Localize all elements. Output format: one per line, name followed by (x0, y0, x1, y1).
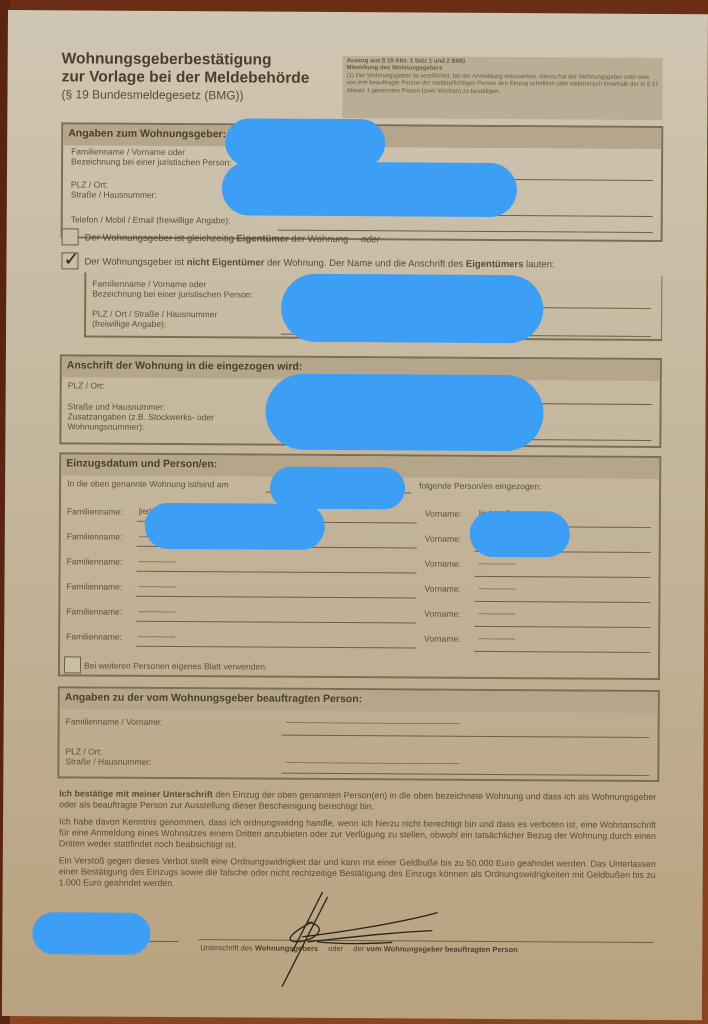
firstname-label: Vorname: (424, 609, 460, 619)
form-title: Wohnungsgeberbestätigung zur Vorlage bei… (62, 50, 310, 88)
checkbox-not-owner[interactable]: ✓ (61, 252, 78, 269)
owner-name-label: Familienname / Vorname oderBezeichnung b… (92, 279, 253, 300)
firstname-field[interactable] (474, 626, 650, 628)
law-excerpt-box: Auszug aus § 19 Abs. 1 Satz 1 und 2 BMG … (342, 56, 662, 120)
movein-sentence-pre: In die oben genannte Wohnung ist/sind am (67, 478, 229, 489)
extra-sheet-label: Bei weiteren Personen eigenes Blatt verw… (84, 660, 267, 671)
landlord-name-label: Familienname / Vorname oderBezeichnung b… (71, 146, 232, 167)
firstname-label: Vorname: (425, 559, 461, 569)
firstname-label: Vorname: (425, 509, 461, 519)
agent-address-field[interactable] (281, 773, 649, 776)
surname-label: Familienname: (67, 556, 123, 566)
checkmark-icon: ✓ (63, 248, 79, 271)
firstname-value: ----------------- (478, 634, 515, 643)
firstname-value: ----------------- (478, 609, 515, 618)
landlord-phone-label: Telefon / Mobil / Email (freiwillige Ang… (71, 214, 231, 225)
agent-name-field[interactable] (282, 735, 650, 738)
apartment-street-label: Straße und Hausnummer:Zusatzangaben (z.B… (67, 401, 214, 432)
redaction-surname (145, 503, 325, 550)
option-not-owner-text: Der Wohnungsgeber ist nicht Eigentümer d… (84, 256, 554, 270)
surname-value: ----------------- (139, 557, 176, 566)
surname-label: Familienname: (67, 506, 123, 516)
surname-value: ----------------- (138, 632, 175, 641)
surname-label: Familienname: (66, 606, 122, 616)
form-paper: Wohnungsgeberbestätigung zur Vorlage bei… (2, 10, 708, 1020)
surname-value: ----------------- (138, 582, 175, 591)
declaration-p2: Ich habe davon Kenntnis genommen, dass i… (59, 816, 656, 853)
checkbox-owner[interactable] (62, 228, 79, 245)
option-owner-text: Der Wohnungsgeber ist gleichzeitig Eigen… (85, 232, 380, 245)
agent-address-label: PLZ / Ort:Straße / Hausnummer: (65, 746, 151, 767)
surname-label: Familienname: (67, 531, 123, 541)
redaction-apartment (265, 374, 543, 452)
firstname-value: ----------------- (479, 559, 516, 568)
firstname-value: ----------------- (478, 584, 515, 593)
form-subtitle: (§ 19 Bundesmeldegesetz (BMG)) (61, 87, 243, 102)
agent-section: Angaben zu der vom Wohnungsgeber beauftr… (57, 686, 660, 782)
redaction-landlord-address (222, 161, 517, 217)
landlord-phone-field[interactable] (278, 230, 653, 233)
redaction-landlord-name (225, 118, 385, 167)
surname-value: ----------------- (138, 607, 175, 616)
checkbox-extra-sheet[interactable] (64, 656, 81, 673)
surname-field[interactable] (136, 596, 416, 599)
firstname-field[interactable] (474, 651, 650, 653)
firstname-label: Vorname: (424, 634, 460, 644)
handwritten-signature (252, 882, 473, 993)
declaration-p1: Ich bestätige mit meiner Unterschrift de… (59, 788, 656, 814)
redaction-owner (281, 274, 543, 344)
owner-address-label: PLZ / Ort / Straße / Hausnummer(freiwill… (92, 309, 217, 330)
agent-name-value: ----------------------------------------… (286, 718, 631, 729)
firstname-label: Vorname: (425, 534, 461, 544)
surname-label: Familienname: (66, 581, 122, 591)
surname-field[interactable] (137, 571, 417, 574)
movein-sentence-post: folgende Person/en eingezogen: (419, 481, 541, 492)
agent-name-label: Familienname / Vorname: (66, 716, 163, 727)
redaction-signature-date (32, 912, 150, 955)
surname-field[interactable] (136, 621, 416, 624)
apartment-plz-label: PLZ / Ort: (68, 380, 105, 390)
landlord-address-label: PLZ / Ort:Straße / Hausnummer: (71, 179, 157, 200)
firstname-field[interactable] (475, 576, 651, 578)
redaction-firstname (470, 511, 570, 558)
firstname-field[interactable] (474, 601, 650, 603)
agent-heading: Angaben zu der vom Wohnungsgeber beauftr… (60, 688, 658, 713)
surname-label: Familienname: (66, 631, 122, 641)
surname-field[interactable] (136, 646, 416, 649)
agent-address-value: ----------------------------------------… (285, 758, 630, 769)
firstname-label: Vorname: (424, 584, 460, 594)
